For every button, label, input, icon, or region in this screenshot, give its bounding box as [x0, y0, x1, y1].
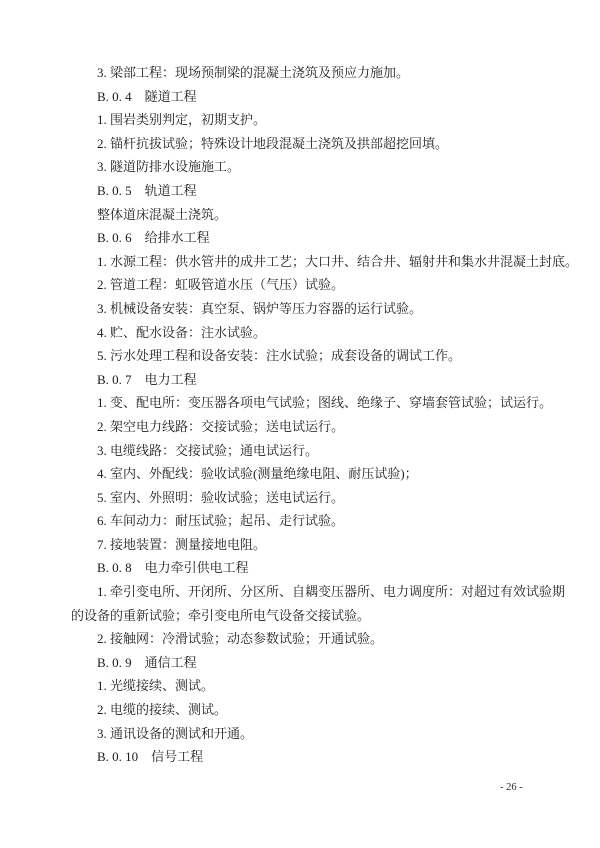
document-page: 3. 梁部工程：现场预制梁的混凝土浇筑及预应力施加。B. 0. 4 隧道工程1.… [0, 0, 600, 848]
text-line: 2. 架空电力线路：交接试验；送电试运行。 [71, 415, 586, 439]
text-line: 3. 隧道防排水设施施工。 [71, 155, 586, 179]
text-line: 2. 锚杆抗拔试验；特殊设计地段混凝土浇筑及拱部超挖回填。 [71, 132, 586, 156]
text-line: 5. 污水处理工程和设备安装：注水试验；成套设备的调试工作。 [71, 344, 586, 368]
text-line: 3. 电缆线路：交接试验；通电试运行。 [71, 439, 586, 463]
text-line: 3. 通讯设备的测试和开通。 [71, 722, 586, 746]
text-line: 5. 室内、外照明：验收试验；送电试运行。 [71, 486, 586, 510]
body-text: 3. 梁部工程：现场预制梁的混凝土浇筑及预应力施加。B. 0. 4 隧道工程1.… [71, 61, 586, 769]
text-line: 3. 梁部工程：现场预制梁的混凝土浇筑及预应力施加。 [71, 61, 586, 85]
text-line: 1. 水源工程：供水管井的成井工艺；大口井、结合井、辐射井和集水井混凝土封底。 [71, 250, 586, 274]
text-line: 4. 贮、配水设备：注水试验。 [71, 321, 586, 345]
text-line: 4. 室内、外配线：验收试验(测量绝缘电阻、耐压试验)； [71, 462, 586, 486]
text-line: 7. 接地装置：测量接地电阻。 [71, 533, 586, 557]
page-number: - 26 - [500, 781, 523, 795]
text-line: 2. 接触网：冷滑试验；动态参数试验；开通试验。 [71, 627, 586, 651]
text-line: 整体道床混凝土浇筑。 [71, 203, 586, 227]
section-heading: B. 0. 6 给排水工程 [71, 226, 586, 250]
section-heading: B. 0. 7 电力工程 [71, 368, 586, 392]
section-heading: B. 0. 5 轨道工程 [71, 179, 586, 203]
text-line: 1. 变、配电所：变压器各项电气试验；图线、绝缘子、穿墙套管试验；试运行。 [71, 391, 586, 415]
section-heading: B. 0. 8 电力牵引供电工程 [71, 556, 586, 580]
section-heading: B. 0. 10 信号工程 [71, 745, 586, 769]
text-line: 的设备的重新试验；牵引变电所电气设备交接试验。 [71, 604, 586, 628]
text-line: 3. 机械设备安装：真空泵、锅炉等压力容器的运行试验。 [71, 297, 586, 321]
section-heading: B. 0. 4 隧道工程 [71, 85, 586, 109]
text-line: 1. 牵引变电所、开闭所、分区所、自耦变压器所、电力调度所：对超过有效试验期 [71, 580, 586, 604]
text-line: 1. 围岩类别判定，初期支护。 [71, 108, 586, 132]
text-line: 1. 光缆接续、测试。 [71, 674, 586, 698]
text-line: 6. 车间动力：耐压试验；起吊、走行试验。 [71, 509, 586, 533]
section-heading: B. 0. 9 通信工程 [71, 651, 586, 675]
text-line: 2. 管道工程：虹吸管道水压（气压）试验。 [71, 273, 586, 297]
text-line: 2. 电缆的接续、测试。 [71, 698, 586, 722]
